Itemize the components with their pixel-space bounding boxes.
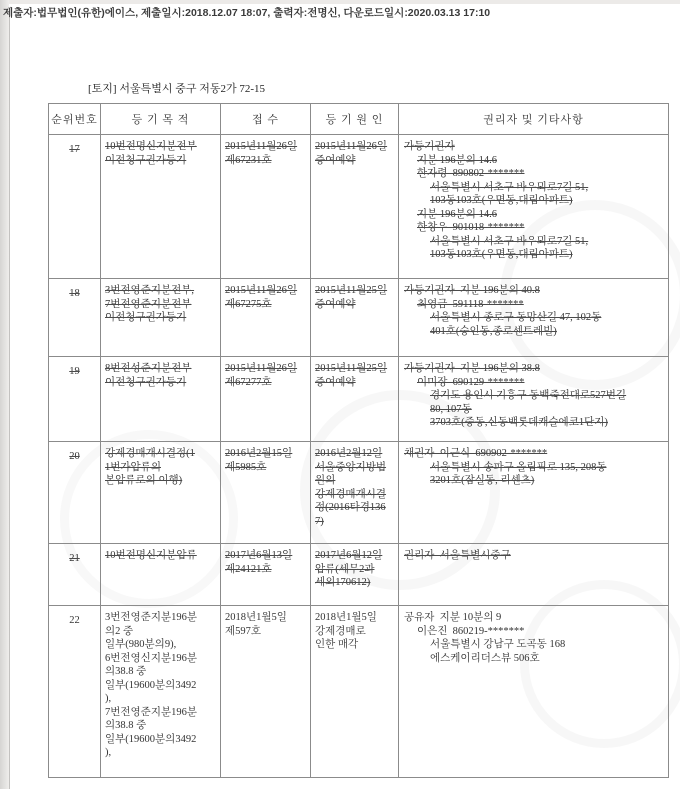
holder-cell: 가등기권자 지분 196분의 38.8이미장 690129-*******경기도… [399, 357, 669, 442]
table-row: 1710번전명신지분전부 이전청구권가등기2015년11월26일 제67231호… [49, 135, 669, 279]
holder-line: 서울특별시 송파구 올림픽로 135, 208동 [404, 461, 664, 475]
receipt-cell: 2018년1월5일 제597호 [221, 606, 311, 778]
rank-cell: 21 [49, 544, 101, 606]
registry-table-head: 순위번호등 기 목 적접 수등 기 원 인권리자 및 기타사항 [49, 104, 669, 135]
column-header: 등 기 원 인 [311, 104, 399, 135]
purpose-cell: 10번전명신지분전부 이전청구권가등기 [101, 135, 221, 279]
cause-cell: 2015년11월25일 증여예약 [311, 357, 399, 442]
holder-cell: 권리자 서울특별시중구 [399, 544, 669, 606]
receipt-cell: 2015년11월26일 제67277호 [221, 357, 311, 442]
holder-line: 권리자 서울특별시중구 [404, 549, 664, 563]
purpose-cell: 10번전명신지분압류 [101, 544, 221, 606]
cause-cell: 2016년2월12일 서울중앙지방법 원의 강제경매개시결 정(2016타경13… [311, 442, 399, 544]
holder-cell: 공유자 지분 10분의 9이은진 860219-*******서울특별시 강남구… [399, 606, 669, 778]
purpose-cell: 3번전영준지분전부, 7번전영준지분전부 이전청구권가등기 [101, 279, 221, 357]
holder-line: 이은진 860219-******* [404, 625, 664, 639]
purpose-cell-text: 강제경매개시결정(1 1번가압류의 본압류로의 이행) [105, 447, 216, 488]
holder-line: 한창우 901018-******* [404, 221, 664, 235]
receipt-cell: 2017년6월13일 제24121호 [221, 544, 311, 606]
holder-line: 3703호(중동,신동백롯데캐슬에코1단지) [404, 416, 664, 430]
holder-line: 공유자 지분 10분의 9 [404, 611, 664, 625]
receipt-cell-text: 2016년2월15일 제5985호 [225, 447, 306, 474]
purpose-cell: 강제경매개시결정(1 1번가압류의 본압류로의 이행) [101, 442, 221, 544]
rank-cell: 18 [49, 279, 101, 357]
purpose-cell-text: 8번전성준지분전부 이전청구권가등기 [105, 362, 216, 389]
column-header: 등 기 목 적 [101, 104, 221, 135]
table-row: 183번전영준지분전부, 7번전영준지분전부 이전청구권가등기2015년11월2… [49, 279, 669, 357]
cause-cell: 2015년11월26일 증여예약 [311, 135, 399, 279]
registry-table: 순위번호등 기 목 적접 수등 기 원 인권리자 및 기타사항 1710번전명신… [48, 103, 669, 778]
scan-edge-top [0, 0, 680, 4]
rank-cell: 22 [49, 606, 101, 778]
cause-cell-text: 2017년6월12일 압류(세무2과 세외170612) [315, 549, 394, 590]
table-row: 20강제경매개시결정(1 1번가압류의 본압류로의 이행)2016년2월15일 … [49, 442, 669, 544]
receipt-cell: 2015년11월26일 제67275호 [221, 279, 311, 357]
table-row: 2110번전명신지분압류2017년6월13일 제24121호2017년6월12일… [49, 544, 669, 606]
purpose-cell-text: 3번전영준지분196분 의2 중 일부(980분의9), 6번전영신지분196분… [105, 611, 216, 760]
cause-cell-text: 2015년11월25일 증여예약 [315, 362, 394, 389]
header-row: 순위번호등 기 목 적접 수등 기 원 인권리자 및 기타사항 [49, 104, 669, 135]
receipt-cell-text: 2018년1월5일 제597호 [225, 611, 306, 638]
holder-line: 최영금 591118-******* [404, 298, 664, 312]
registry-table-body: 1710번전명신지분전부 이전청구권가등기2015년11월26일 제67231호… [49, 135, 669, 778]
receipt-cell-text: 2017년6월13일 제24121호 [225, 549, 306, 576]
purpose-cell: 3번전영준지분196분 의2 중 일부(980분의9), 6번전영신지분196분… [101, 606, 221, 778]
cause-cell-text: 2015년11월26일 증여예약 [315, 140, 394, 167]
holder-line: 서울특별시 강남구 도곡동 168 [404, 638, 664, 652]
holder-line: 가등기권자 지분 196분의 40.8 [404, 284, 664, 298]
holder-cell: 가등기권자지분 196분의 14.6한자령 890802-*******서울특별… [399, 135, 669, 279]
holder-line: 401호(숭인동,종로센트레빌) [404, 325, 664, 339]
receipt-cell-text: 2015년11월26일 제67231호 [225, 140, 306, 167]
holder-line: 서울특별시 종로구 동망산길 47, 102동 [404, 311, 664, 325]
holder-cell: 가등기권자 지분 196분의 40.8최영금 591118-*******서울특… [399, 279, 669, 357]
column-header: 순위번호 [49, 104, 101, 135]
cause-cell-text: 2018년1월5일 강제경매로 인한 매각 [315, 611, 394, 652]
purpose-cell-text: 3번전영준지분전부, 7번전영준지분전부 이전청구권가등기 [105, 284, 216, 325]
scan-metadata-header: 제출자:법무법인(유한)에이스, 제출일시:2018.12.07 18:07, … [3, 5, 490, 20]
holder-line: 경기도 용인시 기흥구 동백죽전대로527번길 [404, 389, 664, 403]
holder-line: 채권자 이근식 690902-******* [404, 447, 664, 461]
cause-cell: 2015년11월25일 증여예약 [311, 279, 399, 357]
purpose-cell-text: 10번전명신지분전부 이전청구권가등기 [105, 140, 216, 167]
holder-line: 서울특별시 서초구 바우뫼로7길 51, [404, 181, 664, 195]
receipt-cell-text: 2015년11월26일 제67277호 [225, 362, 306, 389]
holder-line: 3201호(잠실동, 리센츠) [404, 474, 664, 488]
purpose-cell: 8번전성준지분전부 이전청구권가등기 [101, 357, 221, 442]
receipt-cell: 2016년2월15일 제5985호 [221, 442, 311, 544]
holder-line: 서울특별시 서초구 바우뫼로7길 51, [404, 235, 664, 249]
receipt-cell: 2015년11월26일 제67231호 [221, 135, 311, 279]
rank-cell: 17 [49, 135, 101, 279]
table-row: 198번전성준지분전부 이전청구권가등기2015년11월26일 제67277호2… [49, 357, 669, 442]
holder-line: 에스케이리더스뷰 506호 [404, 652, 664, 666]
rank-cell: 20 [49, 442, 101, 544]
property-title: [토지] 서울특별시 중구 저동2가 72-15 [88, 80, 265, 96]
page-edge-line [9, 16, 10, 789]
holder-line: 103동103호(우면동,대림아파트) [404, 248, 664, 262]
cause-cell-text: 2016년2월12일 서울중앙지방법 원의 강제경매개시결 정(2016타경13… [315, 447, 394, 528]
rank-cell: 19 [49, 357, 101, 442]
table-row: 223번전영준지분196분 의2 중 일부(980분의9), 6번전영신지분19… [49, 606, 669, 778]
cause-cell: 2017년6월12일 압류(세무2과 세외170612) [311, 544, 399, 606]
holder-line: 지분 196분의 14.6 [404, 154, 664, 168]
scan-edge-left [0, 0, 9, 789]
cause-cell-text: 2015년11월25일 증여예약 [315, 284, 394, 311]
holder-line: 한자령 890802-******* [404, 167, 664, 181]
receipt-cell-text: 2015년11월26일 제67275호 [225, 284, 306, 311]
holder-line: 80, 107동 [404, 403, 664, 417]
cause-cell: 2018년1월5일 강제경매로 인한 매각 [311, 606, 399, 778]
holder-cell: 채권자 이근식 690902-*******서울특별시 송파구 올림픽로 135… [399, 442, 669, 544]
column-header: 접 수 [221, 104, 311, 135]
holder-line: 지분 196분의 14.6 [404, 208, 664, 222]
purpose-cell-text: 10번전명신지분압류 [105, 549, 216, 563]
holder-line: 가등기권자 [404, 140, 664, 154]
holder-line: 103동103호(우면동,대림아파트) [404, 194, 664, 208]
column-header: 권리자 및 기타사항 [399, 104, 669, 135]
holder-line: 가등기권자 지분 196분의 38.8 [404, 362, 664, 376]
holder-line: 이미장 690129-******* [404, 376, 664, 390]
